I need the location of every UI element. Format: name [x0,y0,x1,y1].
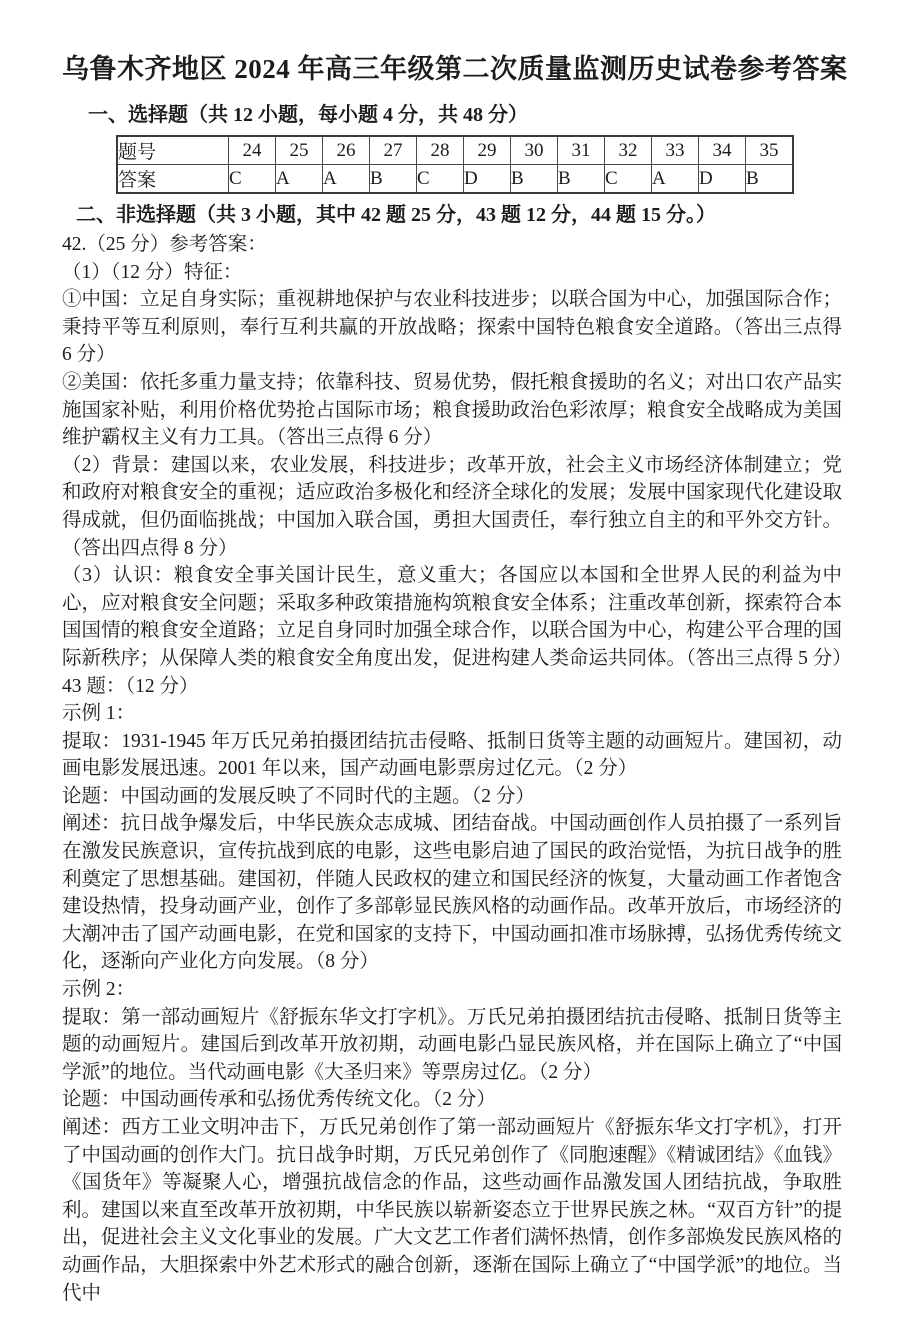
table-row-question-numbers: 题号 24 25 26 27 28 29 30 31 32 33 34 35 [117,136,793,165]
answer-cell: D [699,165,746,194]
answer-paragraph-q42-part2-background: （2）背景：建国以来，农业发展，科技进步；改革开放，社会主义市场经济体制建立；党… [62,452,842,562]
answer-paragraph-example1-label: 示例 1： [62,700,842,728]
answer-cell: A [652,165,699,194]
answer-cell: B [558,165,605,194]
answer-paragraph-example1-thesis: 论题：中国动画的发展反映了不同时代的主题。（2 分） [62,783,842,811]
answer-cell: C [417,165,464,194]
question-number-cell: 24 [229,136,276,165]
answer-paragraph-example2-extract: 提取：第一部动画短片《舒振东华文打字机》。万氏兄弟拍摄团结抗击侵略、抵制日货等主… [62,1004,842,1087]
answer-cell: C [229,165,276,194]
answer-cell: D [464,165,511,194]
answer-paragraph-example2-thesis: 论题：中国动画传承和弘扬优秀传统文化。（2 分） [62,1086,842,1114]
answer-paragraph-example2-elaboration: 阐述：西方工业文明冲击下，万氏兄弟创作了第一部动画短片《舒振东华文打字机》，打开… [62,1114,842,1307]
answer-paragraph-q42-part1-china: ①中国：立足自身实际；重视耕地保护与农业科技进步；以联合国为中心，加强国际合作；… [62,286,842,369]
answer-paragraph-q42-part1-usa: ②美国：依托多重力量支持；依靠科技、贸易优势，假托粮食援助的名义；对出口农产品实… [62,369,842,452]
question-number-cell: 27 [370,136,417,165]
question-number-cell: 33 [652,136,699,165]
answer-row-label: 答案 [117,165,229,194]
answer-paragraph-example1-elaboration: 阐述：抗日战争爆发后，中华民族众志成城、团结奋战。中国动画创作人员拍摄了一系列旨… [62,810,842,976]
question-number-cell: 32 [605,136,652,165]
question-number-cell: 34 [699,136,746,165]
table-row-answers: 答案 C A A B C D B B C A D B [117,165,793,194]
answer-paragraph-example2-label: 示例 2： [62,976,842,1004]
answer-cell: C [605,165,652,194]
answer-cell: B [746,165,794,194]
section2-heading: 二、非选择题（共 3 小题，其中 42 题 25 分，43 题 12 分，44 … [76,203,842,228]
question-number-cell: 31 [558,136,605,165]
answer-cell: A [323,165,370,194]
answer-paragraph-q43-header: 43 题：（12 分） [62,673,842,701]
answer-cell: A [276,165,323,194]
answer-paragraph-q42-part3-understanding: （3）认识：粮食安全事关国计民生，意义重大；各国应以本国和全世界人民的利益为中心… [62,562,842,672]
answer-cell: B [370,165,417,194]
answer-paragraph-q42-header: 42.（25 分）参考答案： [62,231,842,259]
question-number-row-label: 题号 [117,136,229,165]
question-number-cell: 29 [464,136,511,165]
section1-heading: 一、选择题（共 12 小题，每小题 4 分，共 48 分） [88,103,842,128]
exam-title: 乌鲁木齐地区 2024 年高三年级第二次质量监测历史试卷参考答案 [62,52,842,86]
answer-cell: B [511,165,558,194]
document-page: 乌鲁木齐地区 2024 年高三年级第二次质量监测历史试卷参考答案 一、选择题（共… [0,0,900,1336]
question-number-cell: 30 [511,136,558,165]
answer-paragraph-q42-part1-header: （1）（12 分）特征： [62,259,842,287]
question-number-cell: 35 [746,136,794,165]
question-number-cell: 26 [323,136,370,165]
answers-body: 42.（25 分）参考答案： （1）（12 分）特征： ①中国：立足自身实际；重… [62,231,842,1307]
answer-paragraph-example1-extract: 提取：1931-1945 年万氏兄弟拍摄团结抗击侵略、抵制日货等主题的动画短片。… [62,728,842,783]
answer-table: 题号 24 25 26 27 28 29 30 31 32 33 34 35 答… [116,135,794,194]
question-number-cell: 28 [417,136,464,165]
question-number-cell: 25 [276,136,323,165]
